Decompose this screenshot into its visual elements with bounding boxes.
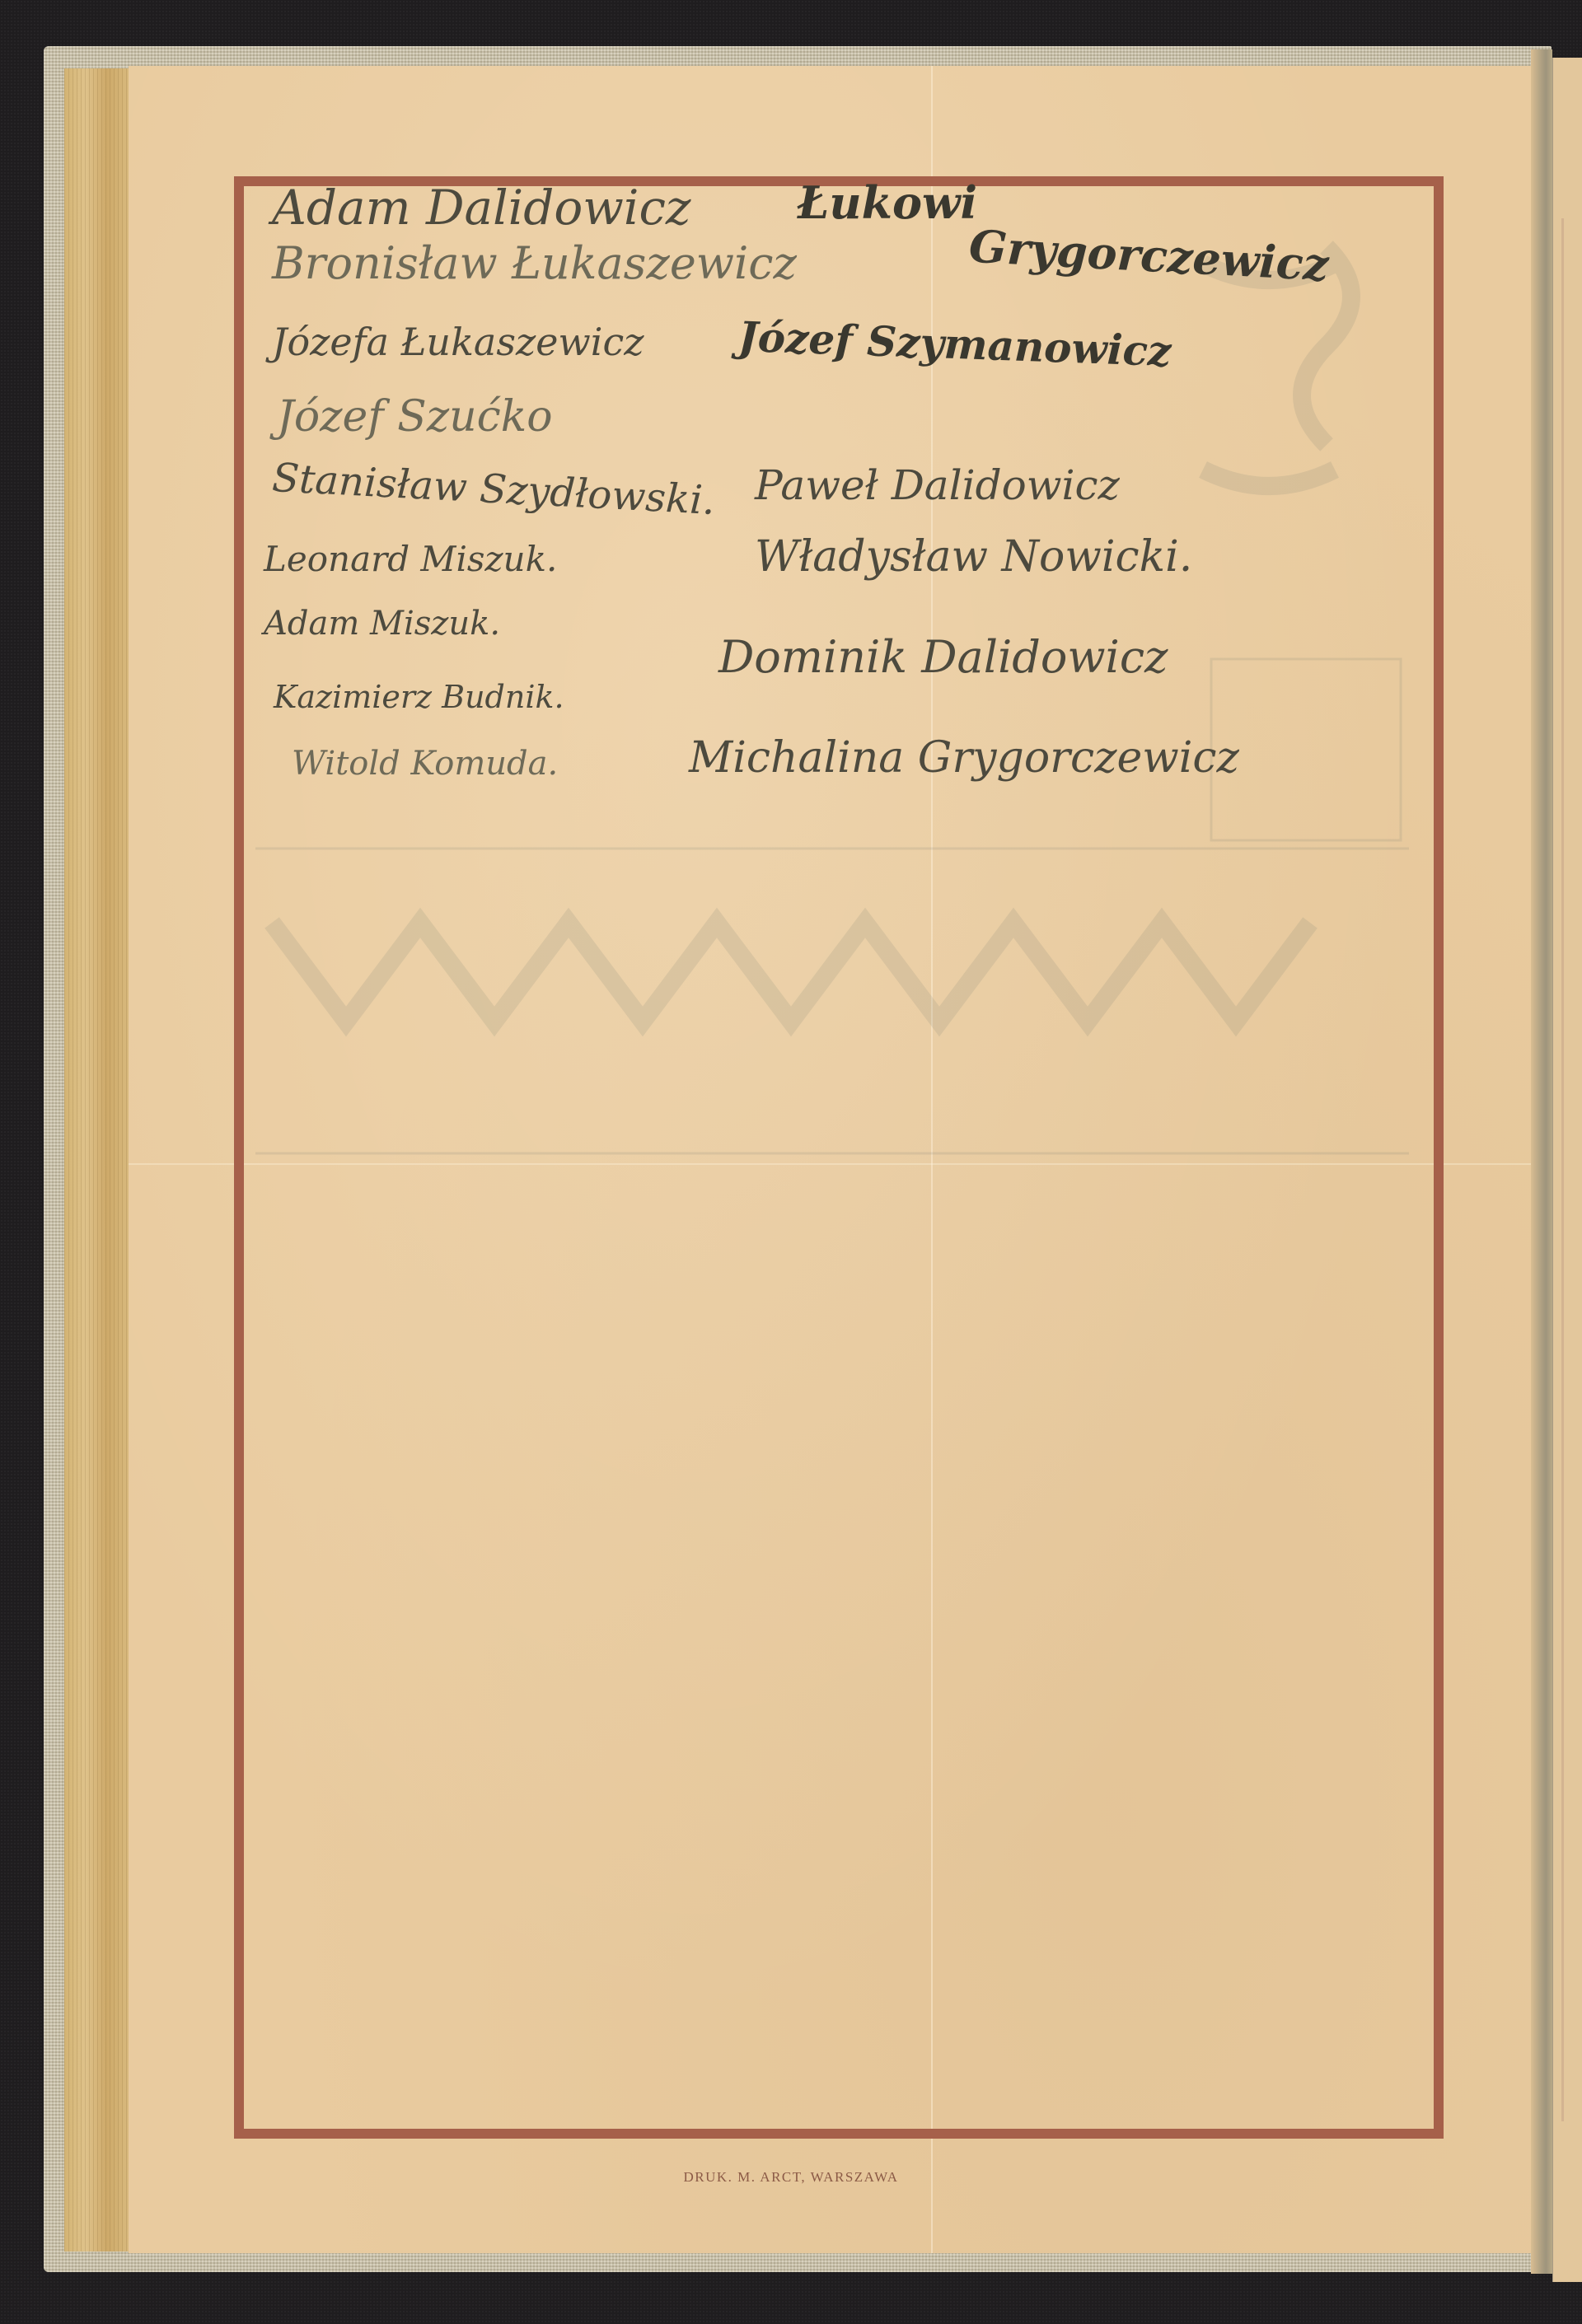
signature: Józef Szućko	[277, 392, 553, 442]
next-page-sliver	[1552, 58, 1582, 2282]
signature: Władysław Nowicki.	[755, 532, 1192, 582]
signature: Józef Szymanowicz	[737, 312, 1172, 376]
signature: Grygorczewicz	[968, 220, 1330, 292]
signature: Michalina Grygorczewicz	[689, 733, 1239, 783]
signature: Stanisław Szydłowski.	[271, 455, 716, 524]
signature: Paweł Dalidowicz	[755, 461, 1120, 509]
signature: Łukowi	[798, 176, 977, 229]
signature: Adam Dalidowicz	[272, 180, 691, 236]
signature: Leonard Miszuk.	[264, 539, 557, 579]
signature: Dominik Dalidowicz	[718, 631, 1168, 683]
signature: Bronisław Łukaszewicz	[272, 237, 797, 289]
signature-list: Adam Dalidowicz Łukowi Bronisław Łukasze…	[244, 186, 1434, 1010]
page-edges-stack	[64, 68, 129, 2252]
book-gutter	[1531, 49, 1552, 2274]
signature: Witold Komuda.	[292, 745, 558, 783]
signature: Kazimierz Budnik.	[274, 679, 564, 715]
signature: Józefa Łukaszewicz	[272, 320, 644, 364]
next-page-frame-edge	[1561, 218, 1566, 2121]
printer-imprint: DRUK. M. ARCT, WARSZAWA	[0, 2169, 1582, 2186]
signature: Adam Miszuk.	[264, 605, 500, 643]
